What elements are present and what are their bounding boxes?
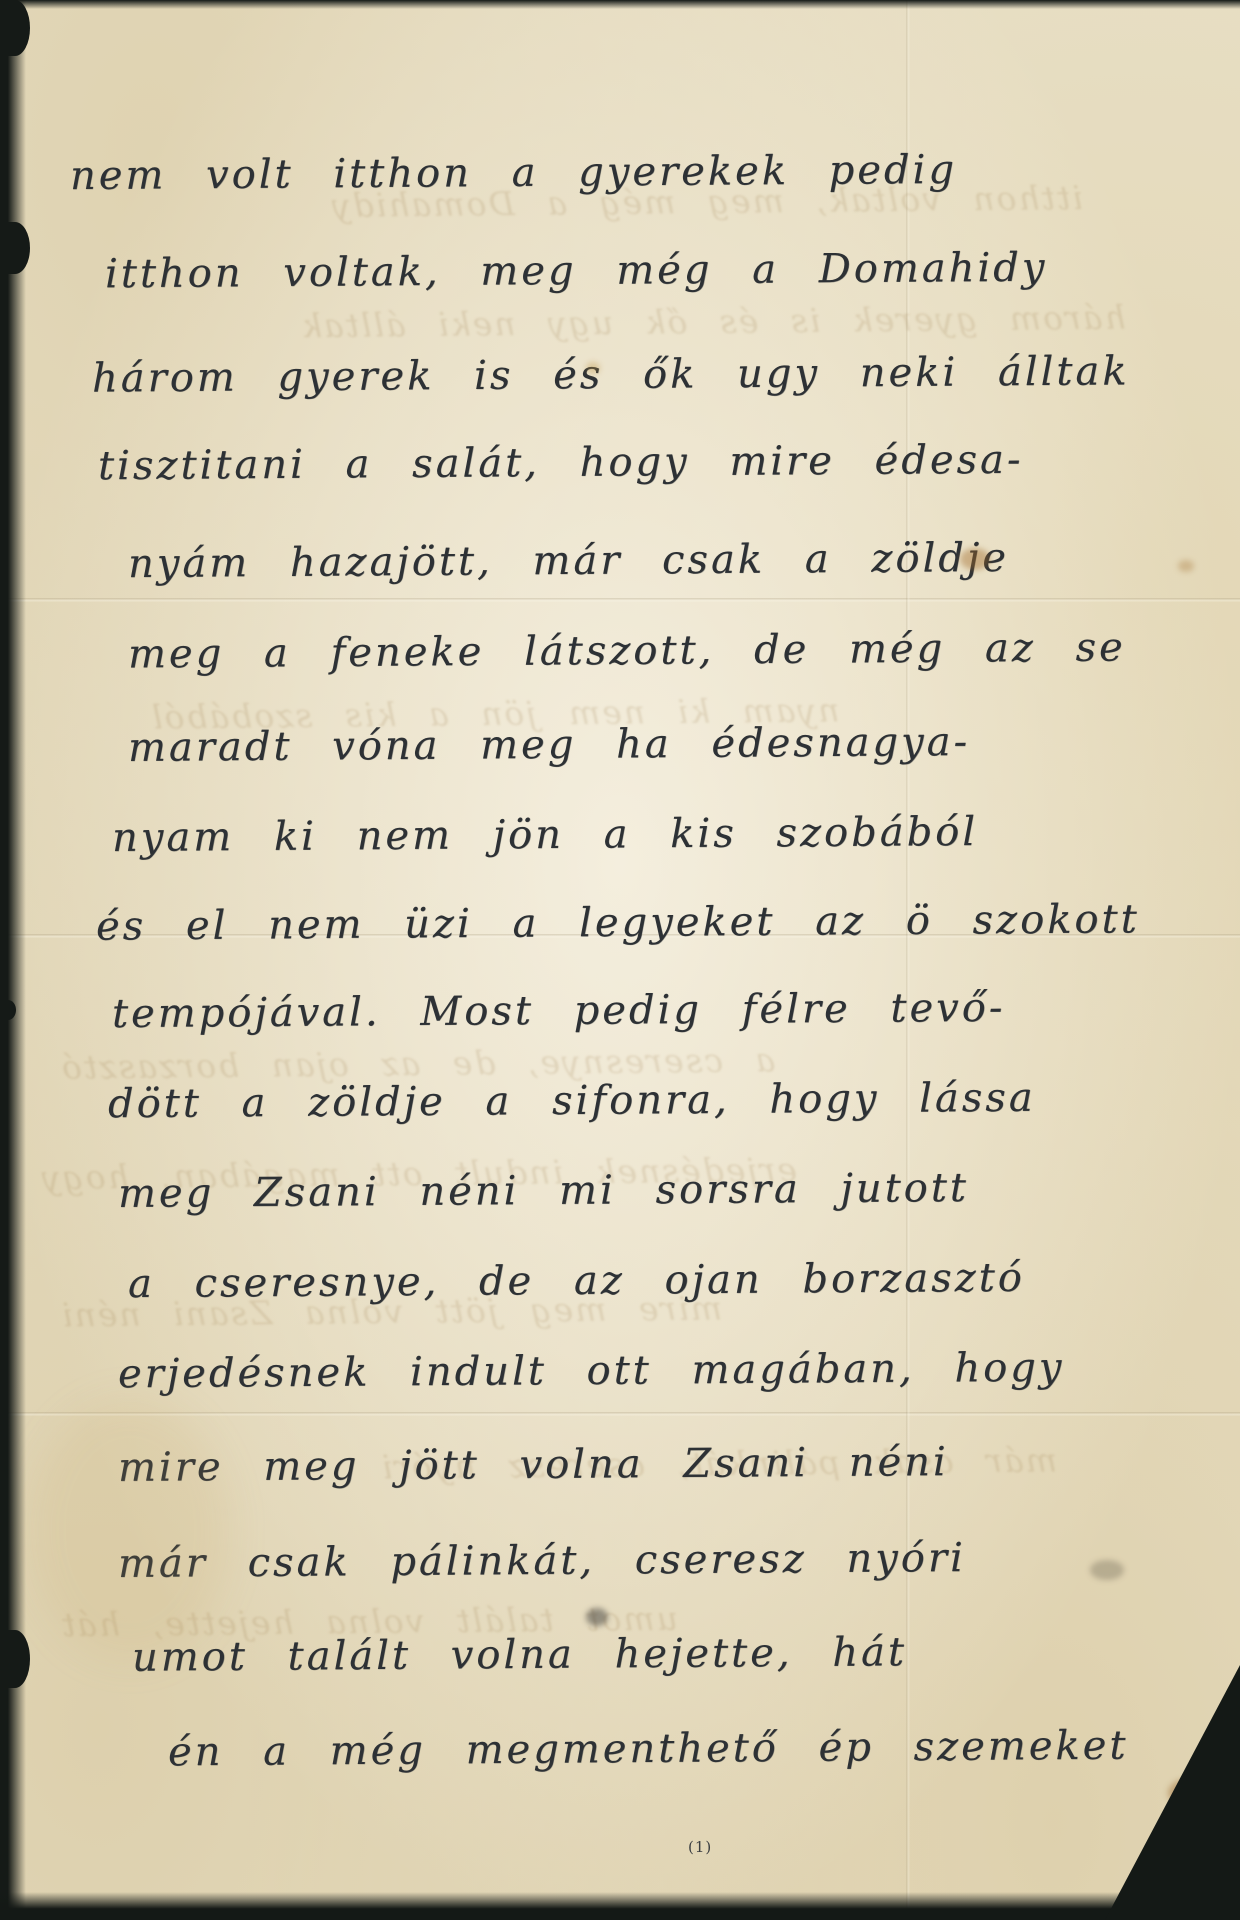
handwriting-line: nyam ki nem jön a kis szobából	[112, 809, 978, 861]
ink-smudge	[586, 1608, 608, 1626]
handwriting-line: meg a feneke látszott, de még az se	[128, 625, 1126, 678]
binding-mark	[0, 1630, 30, 1688]
handwriting-line: mire meg jött volna Zsani néni	[118, 1439, 949, 1491]
handwriting-line: erjedésnek indult ott magában, hogy	[118, 1345, 1065, 1398]
fold-crease-horizontal	[0, 598, 1240, 602]
handwriting-line: a cseresnye, de az ojan borzasztó	[128, 1255, 1025, 1307]
handwriting-line: én a még megmenthető ép szemeket	[168, 1723, 1129, 1776]
handwriting-line: nem volt itthon a gyerekek pedig	[70, 147, 957, 199]
binding-mark	[0, 222, 30, 274]
handwriting-line: három gyerek is és ők ugy neki álltak	[92, 348, 1130, 401]
handwriting-line: tempójával. Most pedig félre tevő-	[112, 985, 1006, 1037]
page-number-mark: (1)	[688, 1838, 712, 1856]
handwriting-line: maradt vóna meg ha édesnagya-	[128, 719, 970, 771]
scan-edge-bottom	[0, 1892, 1240, 1920]
handwriting-line: és el nem üzi a legyeket az ö szokott	[96, 896, 1140, 949]
scan-edge-top	[0, 0, 1240, 9]
handwriting-line: nyám hazajött, már csak a zöldje	[128, 535, 1009, 587]
handwriting-line: itthon voltak, meg még a Domahidy	[105, 245, 1048, 298]
handwriting-line: dött a zöldje a sifonra, hogy lássa	[108, 1075, 1036, 1127]
handwriting-line: tisztitani a salát, hogy mire édesa-	[98, 437, 1024, 489]
binding-mark	[0, 1000, 16, 1020]
foxing-stain	[1178, 560, 1194, 572]
handwriting-line: meg Zsani néni mi sorsra jutott	[118, 1165, 969, 1217]
foxing-stain	[586, 362, 600, 374]
fold-crease-horizontal	[0, 1412, 1240, 1416]
foxing-stain	[30, 1400, 230, 1660]
foxing-stain	[960, 548, 990, 570]
handwriting-line: umot talált volna hejette, hát	[132, 1629, 907, 1680]
letter-scan: itthon voltak, meg még a Domahidy három …	[0, 0, 1240, 1920]
binding-mark	[0, 0, 30, 56]
handwriting-line: már csak pálinkát, cseresz nyóri	[118, 1535, 966, 1587]
ink-smudge	[1090, 1560, 1124, 1580]
